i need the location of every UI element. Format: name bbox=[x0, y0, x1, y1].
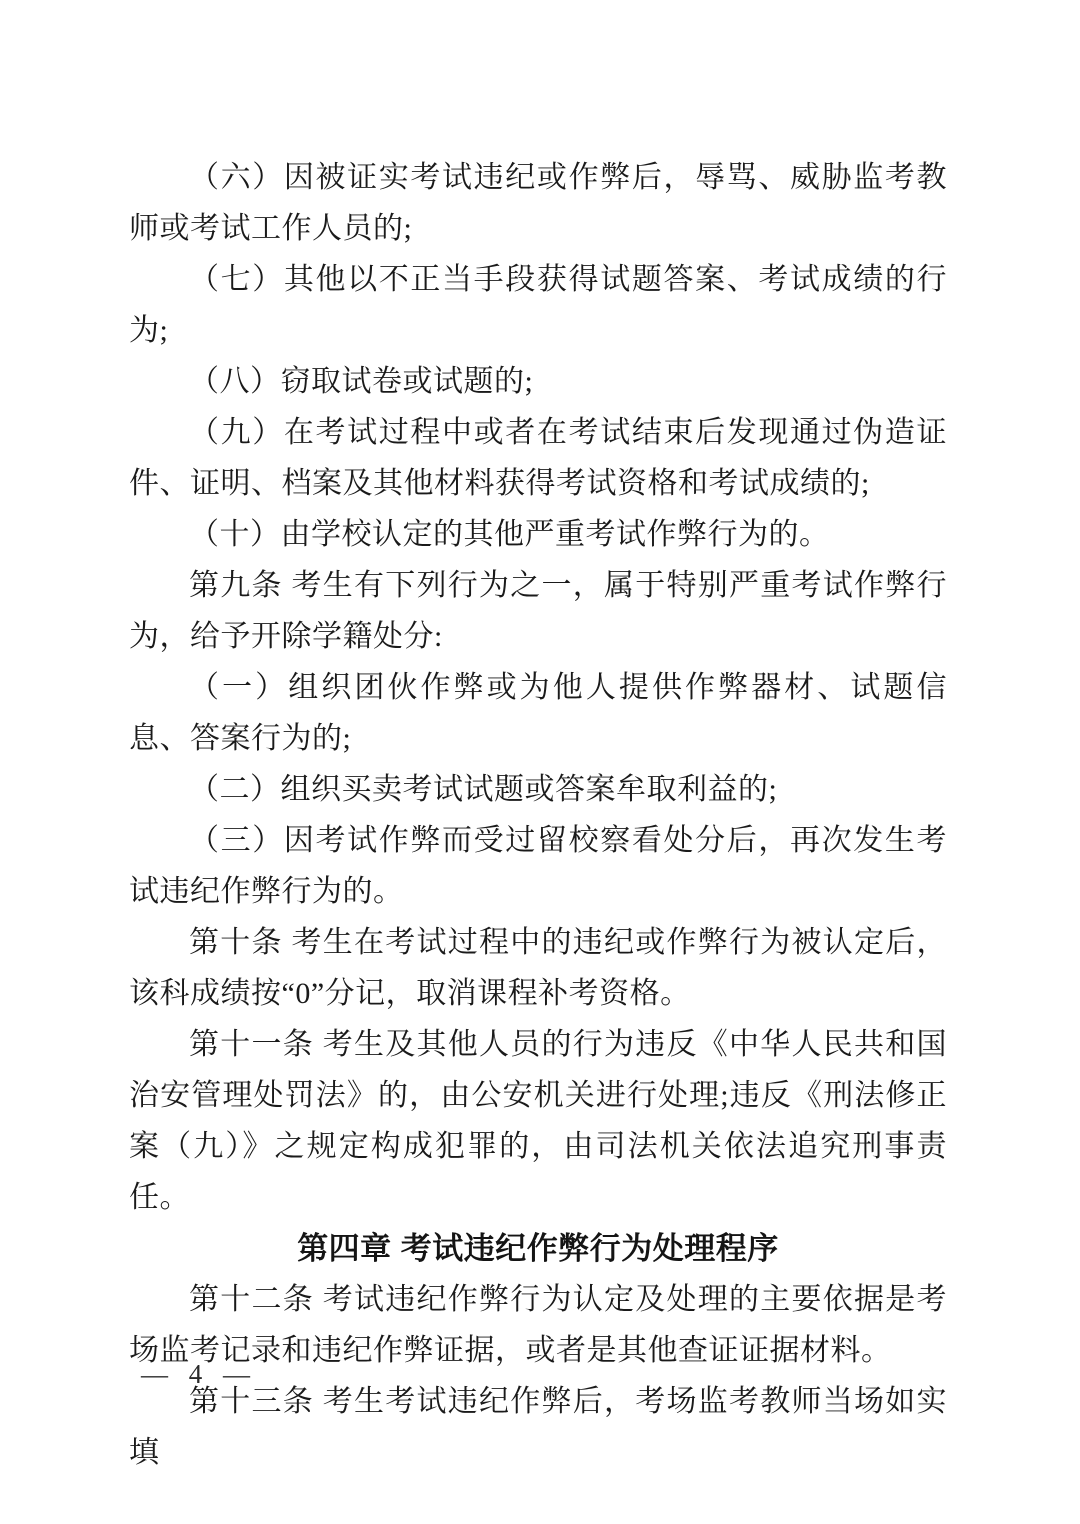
clause-paragraph-1: （一）组织团伙作弊或为他人提供作弊器材、试题信息、答案行为的; bbox=[129, 662, 947, 764]
clause-paragraph-2: （二）组织买卖考试试题或答案牟取利益的; bbox=[129, 764, 947, 815]
article-10-paragraph: 第十条 考生在考试过程中的违纪或作弊行为被认定后，该科成绩按“0”分记，取消课程… bbox=[129, 917, 947, 1019]
clause-paragraph-6: （六）因被证实考试违纪或作弊后，辱骂、威胁监考教师或考试工作人员的; bbox=[129, 152, 947, 254]
chapter-4-heading: 第四章 考试违纪作弊行为处理程序 bbox=[129, 1223, 947, 1274]
clause-paragraph-10: （十）由学校认定的其他严重考试作弊行为的。 bbox=[129, 509, 947, 560]
clause-paragraph-9: （九）在考试过程中或者在考试结束后发现通过伪造证件、证明、档案及其他材料获得考试… bbox=[129, 407, 947, 509]
clause-paragraph-3: （三）因考试作弊而受过留校察看处分后，再次发生考试违纪作弊行为的。 bbox=[129, 815, 947, 917]
article-11-paragraph: 第十一条 考生及其他人员的行为违反《中华人民共和国治安管理处罚法》的，由公安机关… bbox=[129, 1019, 947, 1223]
document-page: （六）因被证实考试违纪或作弊后，辱骂、威胁监考教师或考试工作人员的; （七）其他… bbox=[0, 0, 1080, 1524]
page-number: — 4 — bbox=[141, 1356, 257, 1392]
article-9-paragraph: 第九条 考生有下列行为之一，属于特别严重考试作弊行为，给予开除学籍处分: bbox=[129, 560, 947, 662]
document-body: （六）因被证实考试违纪或作弊后，辱骂、威胁监考教师或考试工作人员的; （七）其他… bbox=[129, 152, 947, 1478]
clause-paragraph-7: （七）其他以不正当手段获得试题答案、考试成绩的行为; bbox=[129, 254, 947, 356]
clause-paragraph-8: （八）窃取试卷或试题的; bbox=[129, 356, 947, 407]
